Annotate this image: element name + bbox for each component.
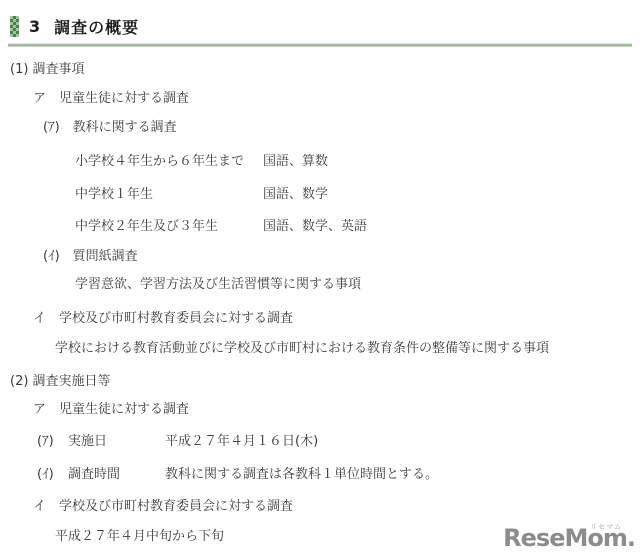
section2-item-a: ア 児童生徒に対する調査 bbox=[33, 401, 189, 418]
subjects-value: 国語、数学、英語 bbox=[263, 218, 367, 235]
subjects-value: 国語、数学 bbox=[263, 186, 328, 203]
header-divider bbox=[8, 43, 632, 47]
green-dot-grid-icon bbox=[10, 16, 19, 37]
subject-row: 中学校１年生 国語、数学 bbox=[0, 186, 640, 203]
schedule-label: 実施日 bbox=[68, 433, 107, 450]
subject-row: 中学校２年生及び３年生 国語、数学、英語 bbox=[0, 218, 640, 235]
schedule-prefix: (ｱ) bbox=[37, 433, 54, 450]
article-page: 3 調査の概要 (1) 調査事項 ア 児童生徒に対する調査 (ｱ) 教科に関する… bbox=[0, 0, 640, 560]
subject-row: 小学校４年生から６年生まで 国語、算数 bbox=[0, 153, 640, 170]
section1-item-b-detail: 学校における教育活動並びに学校及び市町村における教育条件の整備等に関する事項 bbox=[55, 340, 549, 357]
page-title: 調査の概要 bbox=[54, 15, 139, 38]
schedule-prefix: (ｲ) bbox=[37, 466, 54, 483]
section-header: 3 調査の概要 bbox=[10, 15, 139, 38]
section1-sub-a: (ｱ) 教科に関する調査 bbox=[43, 119, 177, 136]
section-number: 3 bbox=[29, 17, 40, 36]
section1-sub-b-detail: 学習意欲、学習方法及び生活習慣等に関する事項 bbox=[75, 276, 361, 293]
schedule-label: 調査時間 bbox=[68, 466, 120, 483]
section2-item-b-detail: 平成２７年４月中旬から下旬 bbox=[55, 528, 224, 545]
schedule-value: 平成２７年４月１６日(木) bbox=[165, 433, 318, 450]
resemom-logo: リセマム ReseMom. bbox=[503, 524, 635, 552]
schedule-row: (ｲ) 調査時間 教科に関する調査は各教科１単位時間とする。 bbox=[0, 466, 640, 483]
schedule-value: 教科に関する調査は各教科１単位時間とする。 bbox=[165, 466, 438, 483]
schedule-row: (ｱ) 実施日 平成２７年４月１６日(木) bbox=[0, 433, 640, 450]
section2-heading: (2) 調査実施日等 bbox=[10, 373, 111, 390]
section1-item-a: ア 児童生徒に対する調査 bbox=[33, 90, 189, 107]
subjects-value: 国語、算数 bbox=[263, 153, 328, 170]
grade-label: 中学校１年生 bbox=[75, 186, 153, 203]
section1-heading: (1) 調査事項 bbox=[10, 61, 85, 78]
section1-item-b: イ 学校及び市町村教育委員会に対する調査 bbox=[33, 310, 293, 327]
section2-item-b: イ 学校及び市町村教育委員会に対する調査 bbox=[33, 498, 293, 515]
grade-label: 中学校２年生及び３年生 bbox=[75, 218, 218, 235]
section1-sub-b: (ｲ) 質問紙調査 bbox=[43, 248, 138, 265]
grade-label: 小学校４年生から６年生まで bbox=[75, 153, 244, 170]
logo-ruby-text: リセマム bbox=[590, 522, 622, 532]
